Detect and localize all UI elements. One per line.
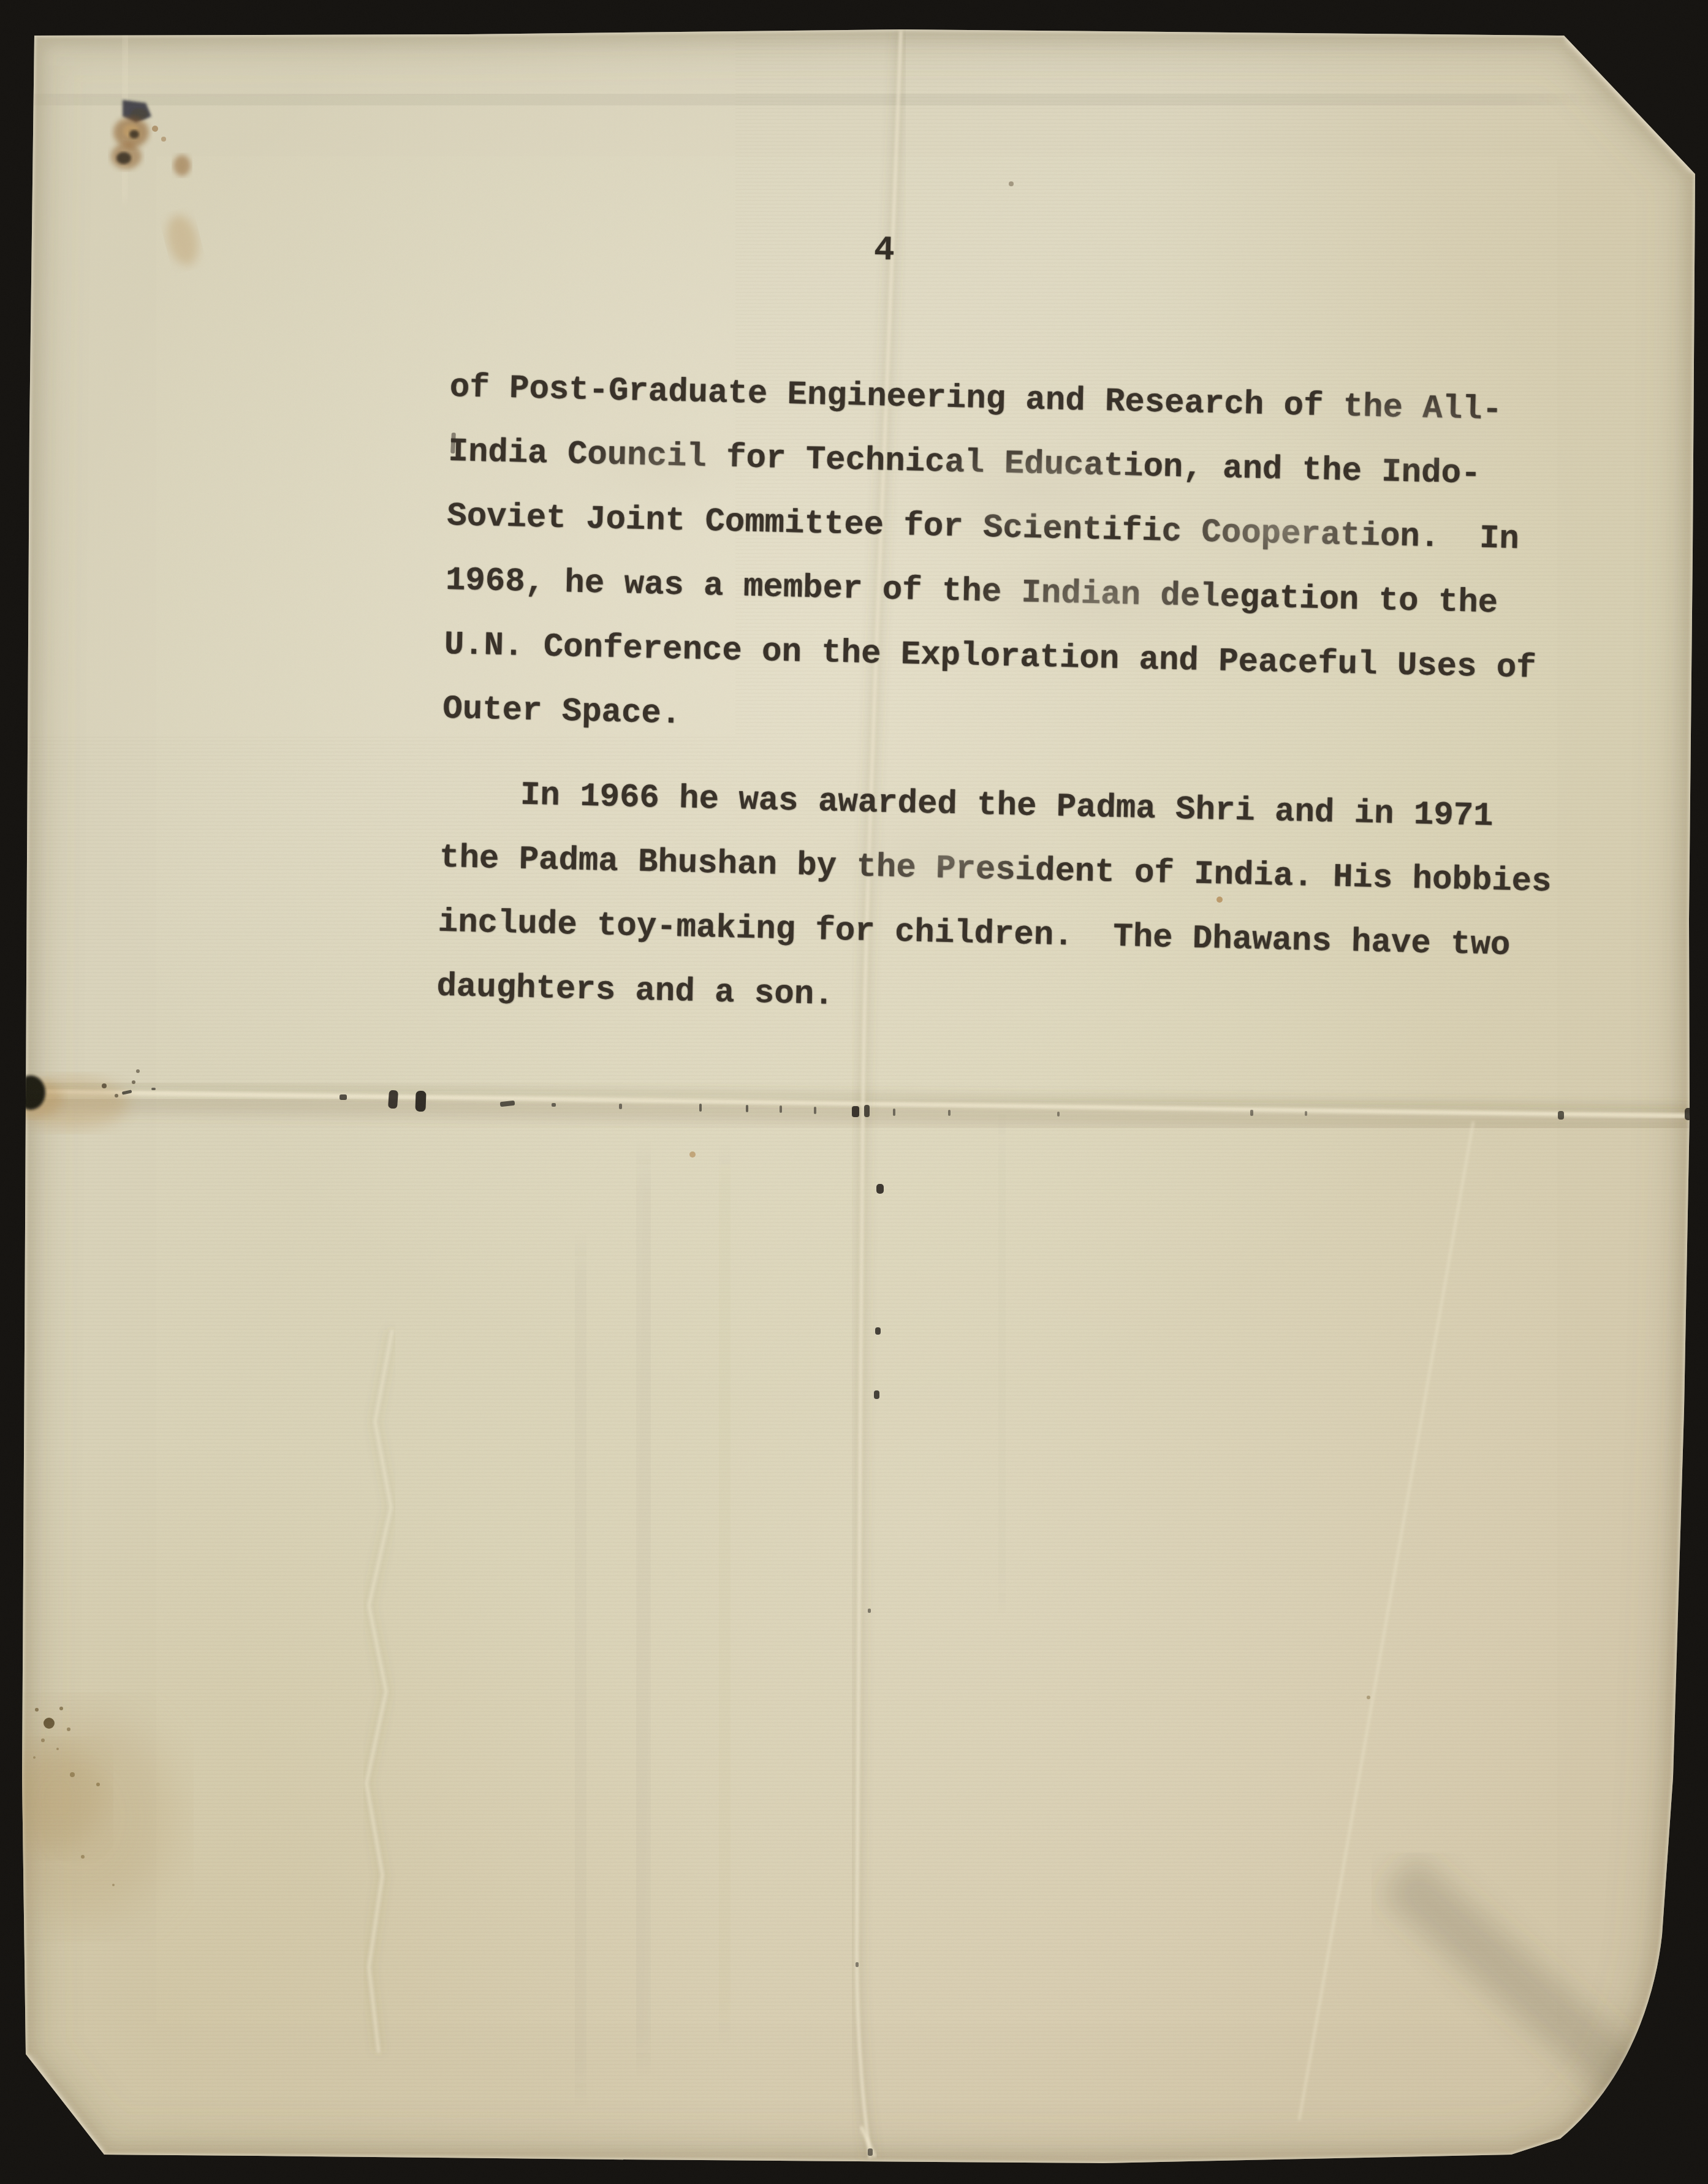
paragraph-1: of Post-Graduate Engineering and Researc…	[442, 355, 1562, 765]
scanned-document-photo: 4 of Post-Graduate Engineering and Resea…	[0, 0, 1708, 2184]
page-number: 4	[873, 230, 895, 270]
typed-text: of Post-Graduate Engineering and Researc…	[436, 355, 1562, 1043]
paper-sheet-art	[0, 0, 1708, 2184]
paragraph-2: In 1966 he was awarded the Padma Shri an…	[436, 762, 1553, 1043]
